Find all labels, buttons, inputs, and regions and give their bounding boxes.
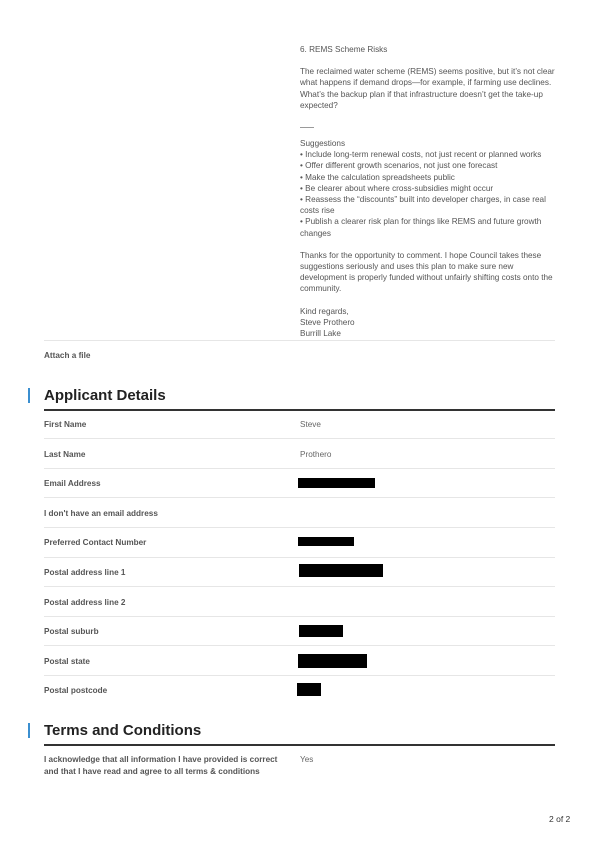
field-email-label: Email Address xyxy=(44,478,101,489)
attach-file-label: Attach a file xyxy=(44,350,90,361)
divider xyxy=(44,340,555,341)
section-title: Applicant Details xyxy=(44,387,166,404)
divider xyxy=(44,497,555,498)
suggestion-item: Publish a clearer risk plan for things l… xyxy=(300,216,562,238)
field-last-name-label: Last Name xyxy=(44,449,85,460)
section-accent-bar xyxy=(28,388,30,403)
suggestion-item: Include long-term renewal costs, not jus… xyxy=(300,149,562,160)
redacted-email xyxy=(298,478,375,488)
redacted-state xyxy=(298,654,367,668)
field-last-name-value: Prothero xyxy=(300,449,331,460)
section-title: Terms and Conditions xyxy=(44,722,201,739)
divider xyxy=(44,438,555,439)
field-no-email-label: I don't have an email address xyxy=(44,508,158,519)
section-accent-bar xyxy=(28,723,30,738)
suggestion-item: Offer different growth scenarios, not ju… xyxy=(300,160,562,171)
field-first-name-value: Steve xyxy=(300,419,321,430)
comment-answer: 6. REMS Scheme Risks The reclaimed water… xyxy=(300,44,562,339)
terms-acknowledgement-label: I acknowledge that all information I hav… xyxy=(44,754,277,777)
field-address-line2-label: Postal address line 2 xyxy=(44,597,125,608)
field-state-label: Postal state xyxy=(44,656,90,667)
divider xyxy=(44,527,555,528)
terms-acknowledgement-value: Yes xyxy=(300,754,313,765)
suggestions-list: Include long-term renewal costs, not jus… xyxy=(300,149,562,239)
divider xyxy=(44,557,555,558)
terms-label-line2: and that I have read and agree to all te… xyxy=(44,766,277,778)
suggestions-title: Suggestions xyxy=(300,138,562,149)
redacted-suburb xyxy=(299,625,343,637)
separator-dash xyxy=(300,127,314,128)
suggestion-item: Be clearer about where cross-subsidies m… xyxy=(300,183,562,194)
divider xyxy=(44,645,555,646)
page-indicator: 2 of 2 xyxy=(549,814,570,824)
field-postcode-label: Postal postcode xyxy=(44,685,107,696)
redacted-postcode xyxy=(297,683,321,696)
redacted-contact-number xyxy=(298,537,354,546)
comment-heading: 6. REMS Scheme Risks xyxy=(300,44,562,55)
field-first-name-label: First Name xyxy=(44,419,86,430)
field-suburb-label: Postal suburb xyxy=(44,626,99,637)
terms-label-line1: I acknowledge that all information I hav… xyxy=(44,754,277,766)
divider xyxy=(44,675,555,676)
closing-paragraph: Thanks for the opportunity to comment. I… xyxy=(300,250,562,295)
field-address-line1-label: Postal address line 1 xyxy=(44,567,125,578)
suggestion-item: Reassess the “discounts” built into deve… xyxy=(300,194,562,216)
signoff: Kind regards, xyxy=(300,306,562,317)
signature-location: Burrill Lake xyxy=(300,328,562,339)
section-rule xyxy=(44,409,555,411)
divider xyxy=(44,616,555,617)
divider xyxy=(44,468,555,469)
comment-paragraph: The reclaimed water scheme (REMS) seems … xyxy=(300,66,562,111)
redacted-address-line1 xyxy=(299,564,383,577)
signature-name: Steve Prothero xyxy=(300,317,562,328)
section-rule xyxy=(44,744,555,746)
field-contact-number-label: Preferred Contact Number xyxy=(44,537,146,548)
divider xyxy=(44,586,555,587)
suggestion-item: Make the calculation spreadsheets public xyxy=(300,172,562,183)
